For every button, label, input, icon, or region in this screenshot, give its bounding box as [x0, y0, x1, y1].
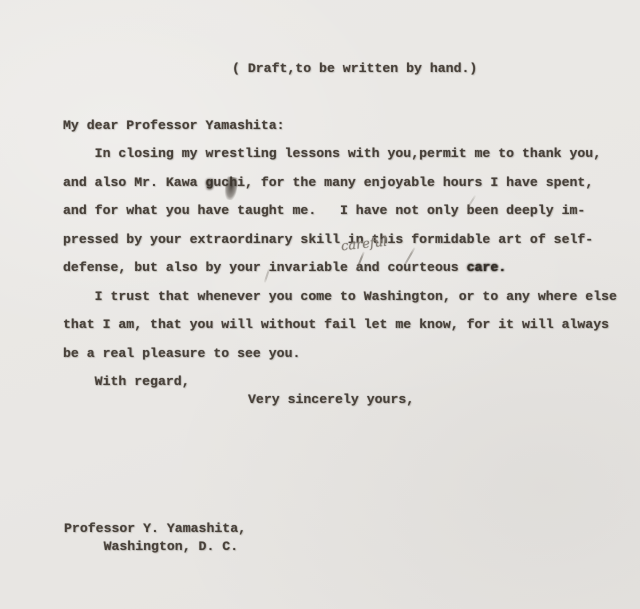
letter-body: My dear Professor Yamashita: In closing … [63, 112, 617, 396]
signoff-line: Very sincerely yours, [248, 386, 414, 414]
typed-line: and for what you have taught me. I have … [63, 197, 617, 225]
typed-line: In closing my wrestling lessons with you… [63, 140, 617, 168]
draft-note: ( Draft,to be written by hand.) [232, 55, 477, 83]
typed-line: and also Mr. Kawa guchi, for the many en… [63, 169, 617, 197]
typed-line-segment: and also Mr. Kawa [63, 175, 205, 190]
typed-line: be a real pleasure to see you. [63, 340, 617, 368]
recipient-name-line: Professor Y. Yamashita, [64, 520, 246, 538]
typed-line: I trust that whenever you come to Washin… [63, 283, 617, 311]
typed-line: defense, but also by your invariable and… [63, 254, 617, 282]
recipient-block: Professor Y. Yamashita, Washington, D. C… [64, 520, 246, 555]
overtyped-word: care. [467, 260, 507, 275]
typed-line: that I am, that you will without fail le… [63, 311, 617, 339]
scanned-letter-page: ( Draft,to be written by hand.) My dear … [0, 0, 640, 609]
recipient-address-line: Washington, D. C. [64, 538, 246, 556]
typed-line-segment: uchi, for the many enjoyable hours I hav… [213, 175, 593, 190]
salutation-line: My dear Professor Yamashita: [63, 112, 617, 140]
